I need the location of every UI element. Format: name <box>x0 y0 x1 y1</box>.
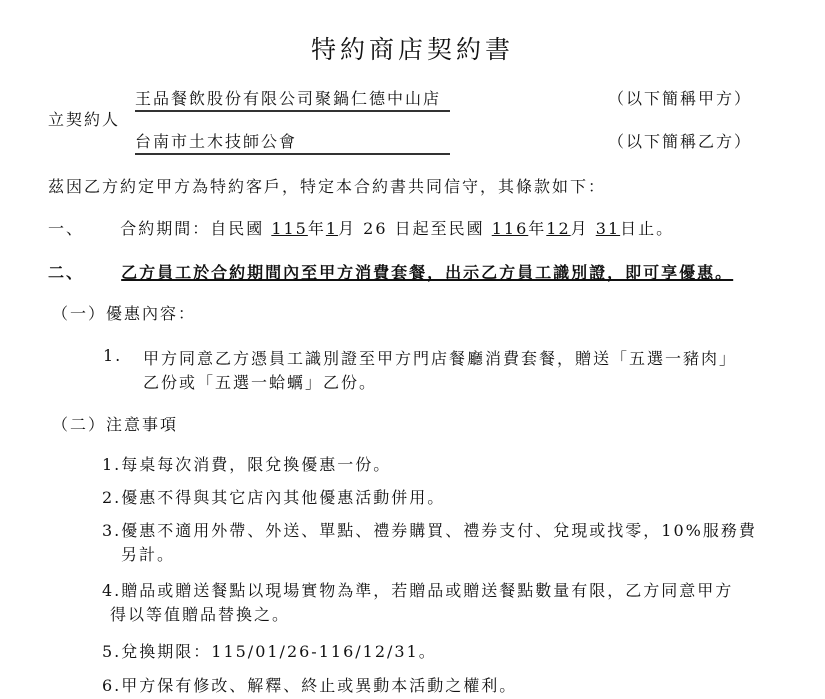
start-day: 26 <box>363 219 387 238</box>
notice-item-6: 6.甲方保有修改、解釋、終止或異動本活動之權利。 <box>102 673 517 696</box>
page-title: 特約商店契約書 <box>0 30 825 66</box>
notice-item-4-line2: 得以等值贈品替換之。 <box>110 602 290 625</box>
clause-2-text: 乙方員工於合約期間內至甲方消費套餐，出示乙方員工識別證，即可享優惠。 <box>121 263 733 282</box>
subsection-1-heading: （一）優惠內容： <box>52 301 196 324</box>
party-b-name: 台南市土木技師公會 <box>135 129 450 155</box>
subsection-2-heading: （二）注意事項 <box>52 412 178 435</box>
party-a-alias: （以下簡稱甲方） <box>608 86 752 109</box>
clause-1: 一、 合約期間：自民國 115年1月 26 日起至民國 116年12月 31日止… <box>48 216 674 239</box>
clause-1-number: 一、 <box>48 219 84 238</box>
party-a-name: 王品餐飲股份有限公司聚鍋仁德中山店 <box>135 86 450 112</box>
text: 日止。 <box>620 219 674 238</box>
start-month: 1 <box>326 219 338 238</box>
end-month: 12 <box>546 219 570 238</box>
notice-item-5: 5.兌換期限：115/01/26-116/12/31。 <box>102 639 437 662</box>
notice-item-3-line2: 另計。 <box>121 542 175 565</box>
text: 日起至民國 <box>395 219 485 238</box>
notice-item-4-line1: 4.贈品或贈送餐點以現場實物為準，若贈品或贈送餐點數量有限，乙方同意甲方 <box>102 578 733 601</box>
start-year: 115 <box>271 219 308 238</box>
benefit-item-line1: 甲方同意乙方憑員工識別證至甲方門店餐廳消費套餐，贈送「五選一豬肉」 <box>143 346 737 369</box>
intro-paragraph: 茲因乙方約定甲方為特約客戶，特定本合約書共同信守，其條款如下： <box>48 174 606 197</box>
end-day: 31 <box>596 219 620 238</box>
text: 年 <box>308 219 326 238</box>
clause-2-number: 二、 <box>48 263 84 282</box>
notice-item-3-line1: 3.優惠不適用外帶、外送、單點、禮券購買、禮券支付、兌現或找零，10%服務費 <box>102 518 757 541</box>
benefit-item-number: 1. <box>103 346 122 365</box>
end-year: 116 <box>492 219 529 238</box>
clause-2: 二、 乙方員工於合約期間內至甲方消費套餐，出示乙方員工識別證，即可享優惠。 <box>48 260 733 283</box>
clause-1-label: 合約期間：自民國 <box>120 219 264 238</box>
benefit-item-line2: 乙份或「五選一蛤蠣」乙份。 <box>143 370 377 393</box>
signer-label: 立契約人 <box>48 107 120 130</box>
text: 月 <box>338 219 356 238</box>
text: 月 <box>571 219 589 238</box>
notice-item-1: 1.每桌每次消費，限兌換優惠一份。 <box>102 452 391 475</box>
notice-item-2: 2.優惠不得與其它店內其他優惠活動併用。 <box>102 485 445 508</box>
text: 年 <box>528 219 546 238</box>
party-b-alias: （以下簡稱乙方） <box>608 129 752 152</box>
